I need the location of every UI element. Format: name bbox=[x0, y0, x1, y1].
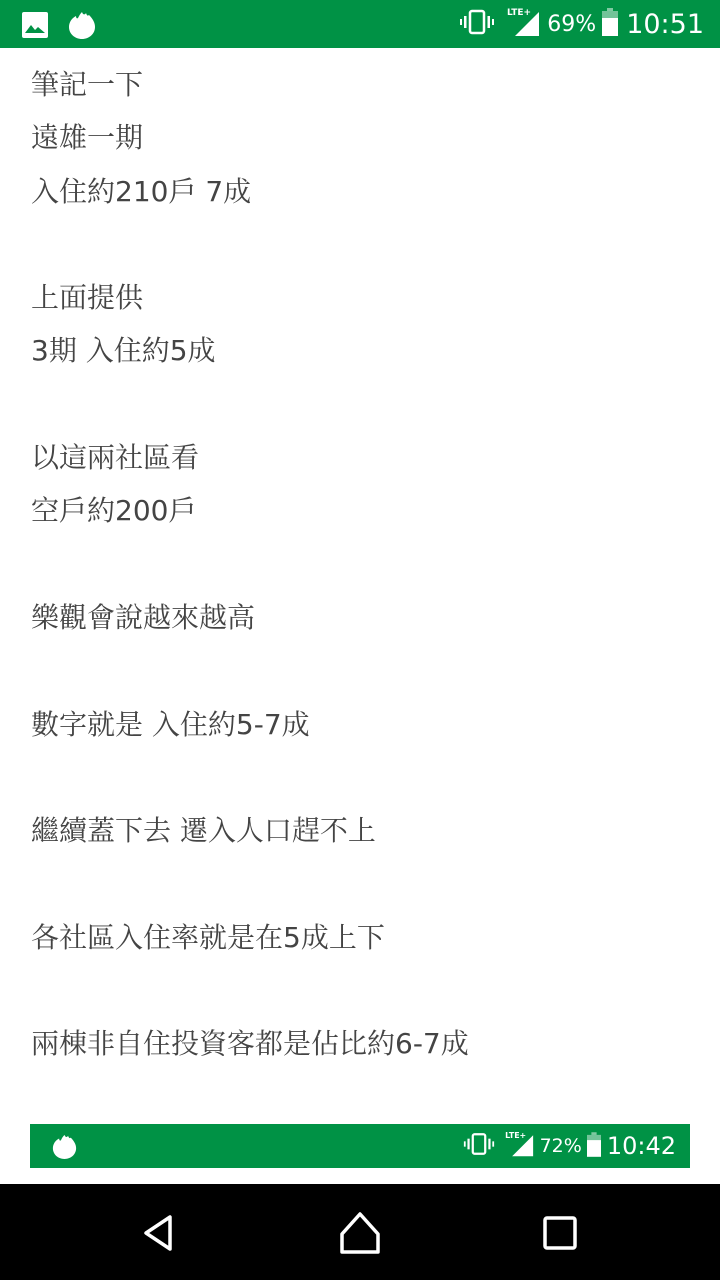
note-line: 以這兩社區看 bbox=[31, 439, 700, 492]
note-line: 遠雄一期 bbox=[31, 119, 700, 172]
note-line: 入住約210戶 7成 bbox=[31, 173, 700, 226]
home-icon bbox=[339, 1212, 381, 1254]
vibrate-icon bbox=[459, 9, 495, 39]
status-clock: 10:42 bbox=[607, 1132, 676, 1160]
note-line: 樂觀會說越來越高 bbox=[31, 599, 700, 652]
note-line: 上面提供 bbox=[31, 279, 700, 332]
embedded-status-bar-image: LTE+ 72% 10:42 bbox=[30, 1124, 690, 1168]
lte-plus-signal-icon: LTE+ bbox=[507, 6, 541, 42]
status-clock: 10:51 bbox=[626, 9, 704, 40]
note-line: 數字就是 入住約5-7成 bbox=[31, 706, 700, 759]
note-line bbox=[31, 386, 700, 439]
note-line: 各社區入住率就是在5成上下 bbox=[31, 919, 700, 972]
battery-percent: 69% bbox=[547, 12, 596, 37]
note-line: 3期 入住約5成 bbox=[31, 332, 700, 385]
note-line bbox=[31, 759, 700, 812]
note-line bbox=[31, 546, 700, 599]
back-icon bbox=[140, 1213, 180, 1253]
note-line bbox=[31, 652, 700, 705]
lte-plus-signal-icon: LTE+ bbox=[505, 1130, 535, 1162]
flame-app-icon bbox=[68, 10, 96, 44]
note-line: 筆記一下 bbox=[31, 66, 700, 119]
recents-button[interactable] bbox=[535, 1210, 585, 1256]
svg-text:LTE+: LTE+ bbox=[505, 1131, 526, 1140]
navigation-bar bbox=[0, 1184, 720, 1280]
flame-app-icon bbox=[52, 1133, 77, 1164]
note-line bbox=[31, 226, 700, 279]
note-line: 空戶約200戶 bbox=[31, 492, 700, 545]
note-line bbox=[31, 972, 700, 1025]
image-notification-icon bbox=[22, 12, 48, 42]
note-line: 繼續蓋下去 遷入人口趕不上 bbox=[31, 812, 700, 865]
battery-icon bbox=[602, 8, 618, 40]
vibrate-icon bbox=[463, 1132, 495, 1160]
status-bar: LTE+ 69% 10:51 bbox=[0, 0, 720, 48]
back-button[interactable] bbox=[135, 1210, 185, 1256]
svg-text:LTE+: LTE+ bbox=[507, 8, 531, 18]
note-content: 筆記一下 遠雄一期 入住約210戶 7成 上面提供 3期 入住約5成 以這兩社區… bbox=[31, 66, 700, 1079]
note-line: 兩棟非自住投資客都是佔比約6-7成 bbox=[31, 1025, 700, 1078]
home-button[interactable] bbox=[335, 1210, 385, 1256]
note-line bbox=[31, 865, 700, 918]
battery-percent: 72% bbox=[540, 1135, 582, 1157]
battery-icon bbox=[587, 1132, 601, 1161]
recents-icon bbox=[542, 1215, 578, 1251]
